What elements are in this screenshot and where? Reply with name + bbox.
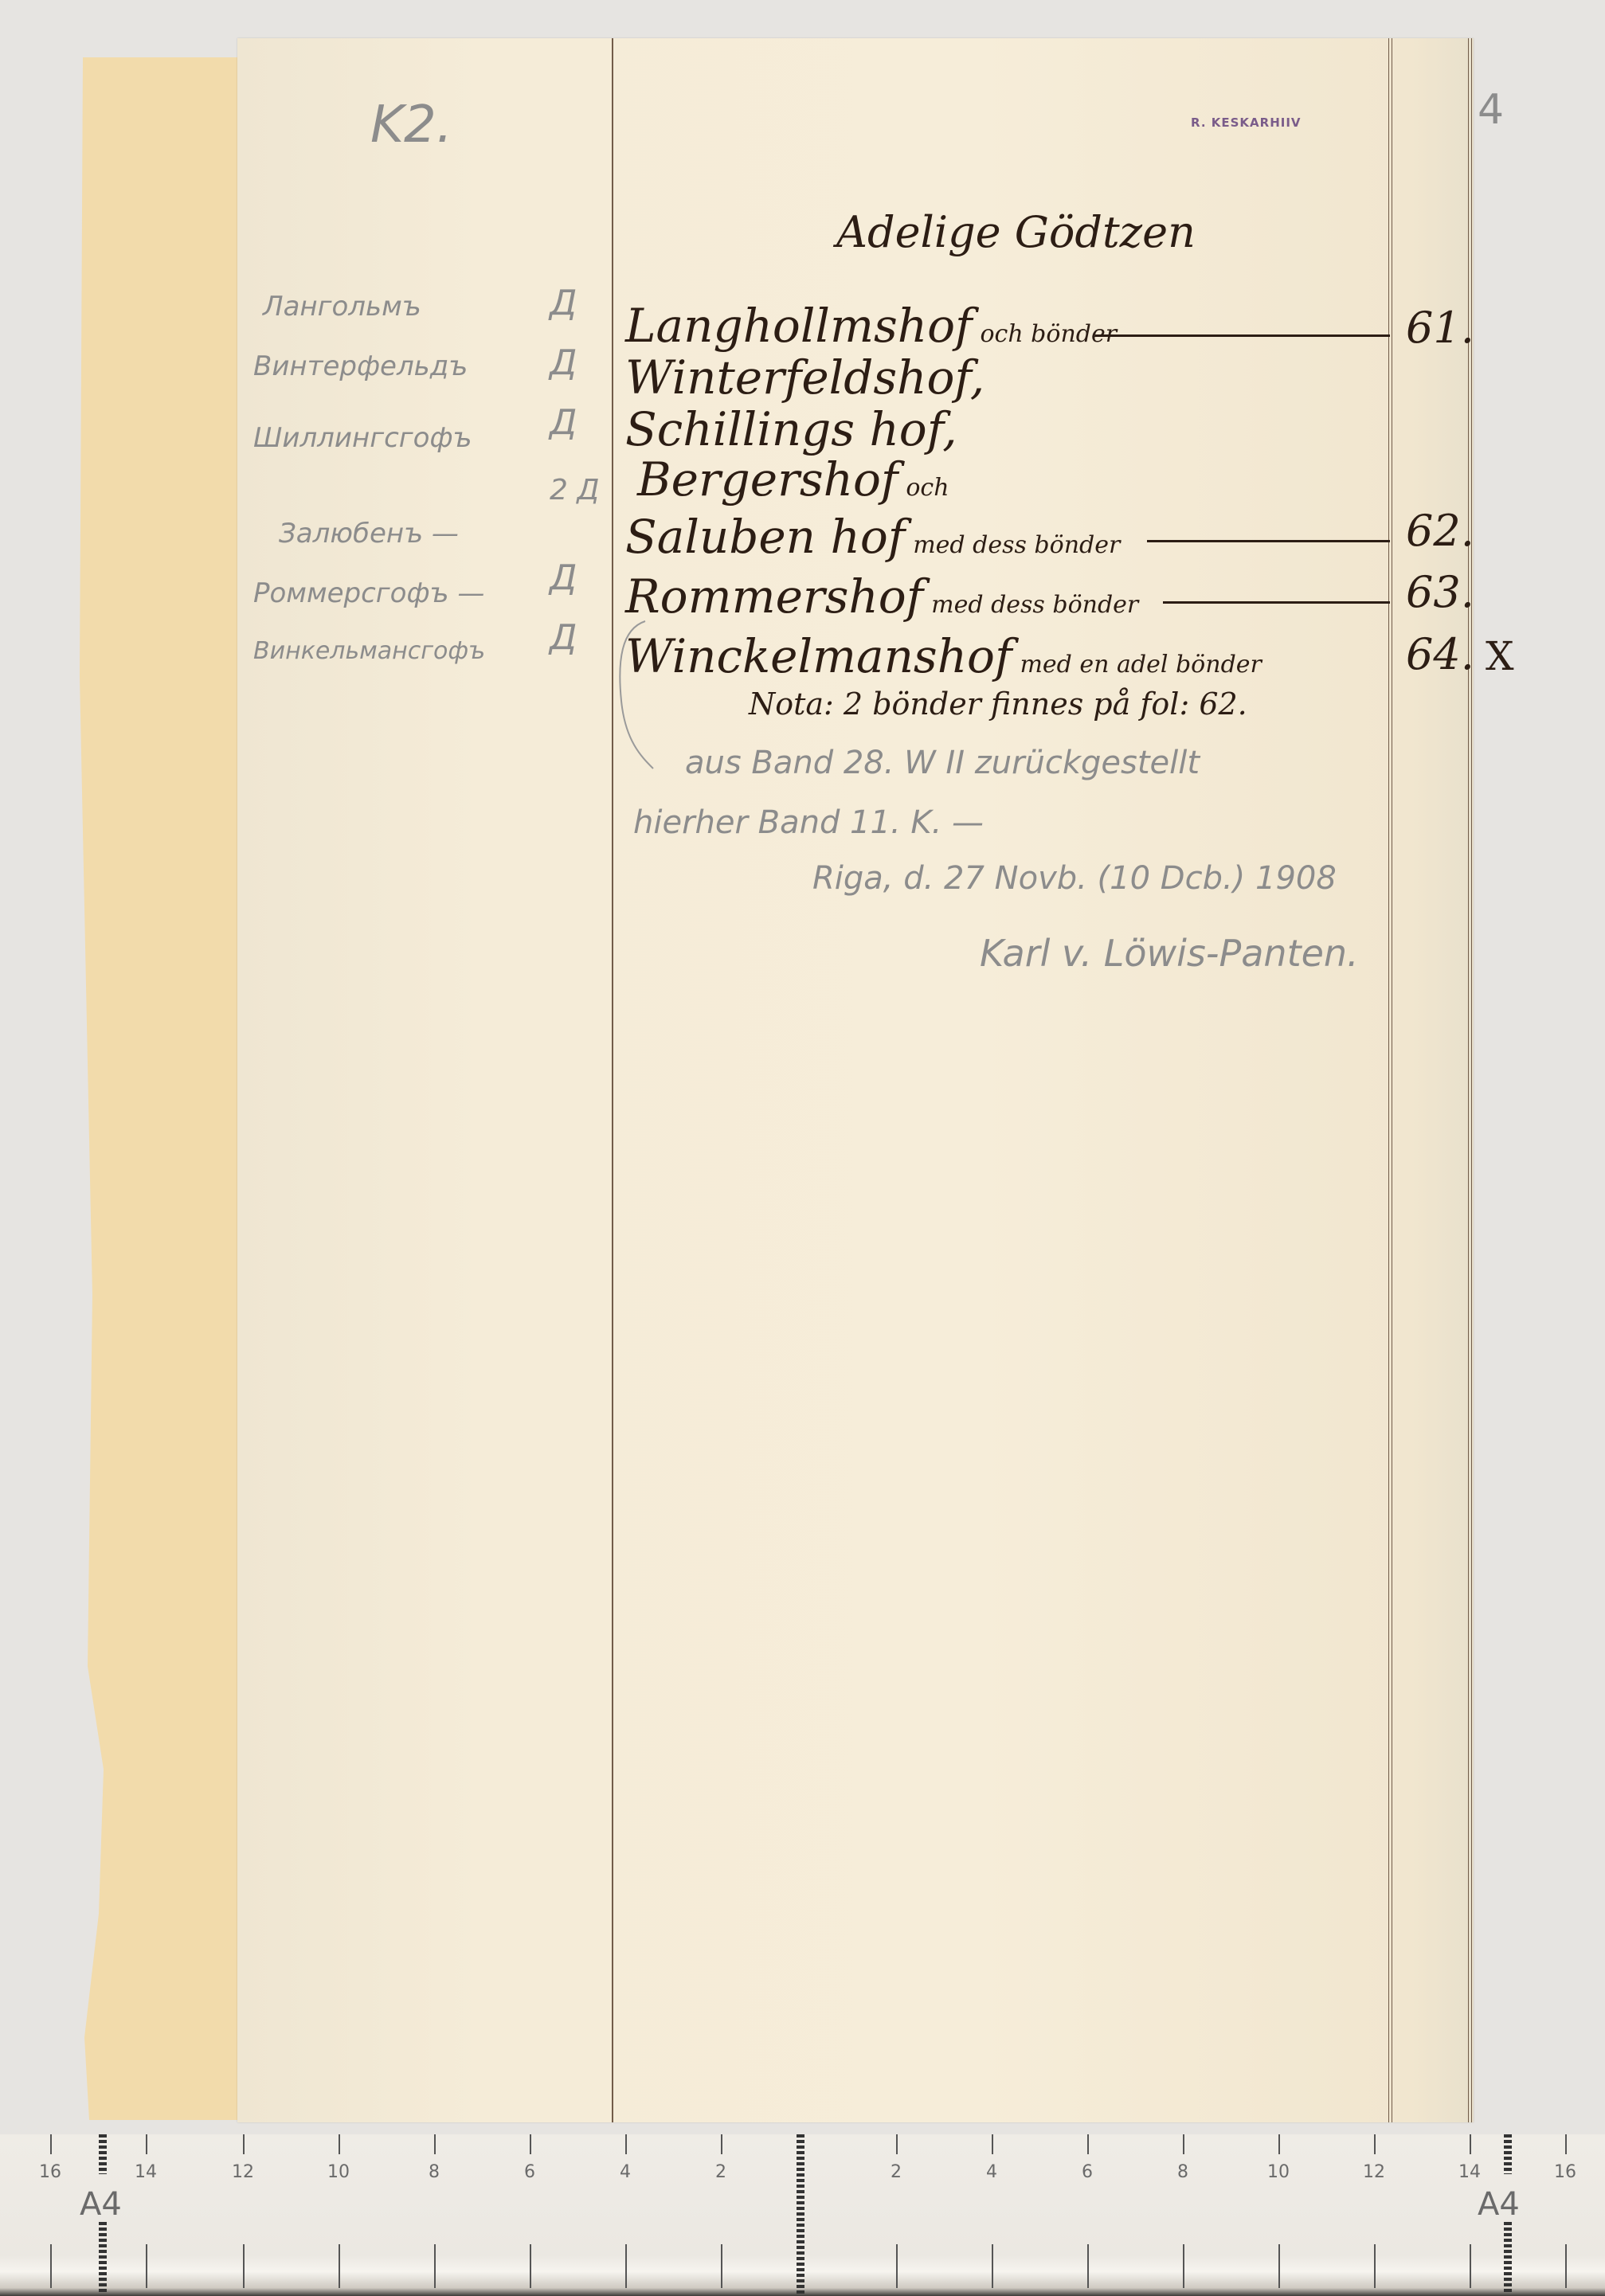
center-marker-bar: [797, 2134, 804, 2294]
entry-note: med dess bönder: [913, 531, 1120, 559]
russian-annotation: Винкельмансгофъ: [253, 637, 485, 665]
ruler-tick: [625, 2134, 627, 2154]
ruler-label: 14: [135, 2162, 157, 2182]
ruler-tick: [146, 2244, 147, 2288]
ruler-label: 12: [232, 2162, 254, 2182]
backing-strip: [80, 57, 239, 2120]
ruler-label: 14: [1458, 2162, 1481, 2182]
folio-number: 62.: [1406, 506, 1474, 556]
entry-row: Winckelmanshofmed en adel bönder: [625, 629, 1262, 683]
page-heading: Adelige Gödtzen: [836, 207, 1196, 257]
russian-annotation: Лангольмъ: [263, 291, 421, 323]
ruler-tick: [530, 2244, 531, 2288]
a4-marker-bar: [1504, 2222, 1512, 2294]
ruler-tick: [434, 2134, 436, 2154]
ruler-label: 10: [327, 2162, 350, 2182]
a4-marker-bar: [99, 2134, 107, 2174]
pencil-note: Riga, d. 27 Novb. (10 Dcb.) 1908: [812, 860, 1337, 897]
entry-note: och: [906, 474, 949, 502]
entry-name: Schillings hof,: [625, 402, 957, 456]
leader-line: [1095, 334, 1390, 337]
ruler-label: 8: [1177, 2162, 1188, 2182]
ruler-tick: [1183, 2134, 1184, 2154]
entry-name: Bergershof: [637, 452, 898, 507]
pencil-mark: Д: [550, 557, 577, 598]
russian-annotation: Роммерсгофъ —: [253, 577, 484, 609]
ruler-tick: [1565, 2244, 1567, 2288]
russian-annotation: Винтерфельдъ: [253, 350, 468, 382]
ruler-tick: [1470, 2134, 1471, 2154]
entry-name: Langhollmshof: [625, 299, 972, 353]
ruler-tick: [146, 2134, 147, 2154]
entry-row: Rommershofmed dess bönder: [625, 569, 1138, 624]
ruler-tick: [1087, 2134, 1089, 2154]
a4-marker-bar: [1504, 2134, 1512, 2174]
ruler-label: 16: [1554, 2162, 1576, 2182]
ruler-tick: [339, 2134, 340, 2154]
ruler-tick: [434, 2244, 436, 2288]
ruler-label: 6: [1082, 2162, 1093, 2182]
ruler-label: 12: [1363, 2162, 1385, 2182]
ruler-tick: [339, 2244, 340, 2288]
signature: Karl v. Löwis-Panten.: [980, 932, 1359, 975]
ruler-tick: [50, 2244, 52, 2288]
a4-label-right: A4: [1478, 2186, 1520, 2223]
pencil-mark: 2 Д: [550, 474, 599, 507]
pencil-note: aus Band 28. W II zurückgestellt: [685, 745, 1200, 781]
leader-line: [1147, 540, 1390, 542]
pencil-mark: Д: [550, 617, 577, 658]
pencil-mark: Д: [550, 342, 577, 383]
ruler-label: 10: [1267, 2162, 1290, 2182]
folio-number: 61.: [1406, 303, 1474, 353]
nota-line: Nota: 2 bönder finnes på fol: 62.: [749, 686, 1247, 722]
ruler-tick: [896, 2244, 898, 2288]
russian-annotation: Шиллингсгофъ: [253, 422, 472, 454]
ruler-label: 16: [39, 2162, 61, 2182]
ruler-tick: [625, 2244, 627, 2288]
ruler-label: 2: [891, 2162, 902, 2182]
corner-mark: K2.: [370, 96, 452, 155]
ruler-tick: [992, 2244, 993, 2288]
pencil-bracket: [613, 613, 661, 773]
ruler-label: 4: [620, 2162, 631, 2182]
ruler-tick: [243, 2134, 245, 2154]
entry-name: Saluben hof: [625, 510, 905, 564]
ruler-tick: [50, 2134, 52, 2154]
entry-name: Winckelmanshof: [625, 629, 1012, 683]
folio-number: 64.: [1406, 629, 1474, 679]
entry-name: Winterfeldshof,: [625, 350, 985, 405]
ruler-label: 4: [986, 2162, 997, 2182]
ruler-label: 8: [429, 2162, 440, 2182]
column-rule-folio-left-2: [1392, 38, 1392, 2122]
check-mark: X: [1486, 633, 1514, 679]
leader-line: [1163, 601, 1390, 604]
entry-row: Langhollmshofoch bönder: [625, 299, 1117, 353]
entry-note: med dess bönder: [931, 591, 1138, 619]
ruler-tick: [1374, 2244, 1376, 2288]
pencil-note: hierher Band 11. K. —: [633, 804, 984, 841]
ruler-tick: [992, 2134, 993, 2154]
entry-name: Rommershof: [625, 569, 923, 624]
ruler-tick: [1374, 2134, 1376, 2154]
ruler-tick: [1087, 2244, 1089, 2288]
pencil-mark: Д: [550, 283, 577, 323]
ruler-tick: [1470, 2244, 1471, 2288]
pencil-mark: Д: [550, 402, 577, 443]
ruler-tick: [1278, 2244, 1280, 2288]
ruler-tick: [1278, 2134, 1280, 2154]
a4-label-left: A4: [80, 2186, 122, 2223]
ruler-tick: [1183, 2244, 1184, 2288]
entry-row: Bergershofoch: [637, 452, 949, 507]
archive-stamp: R. KESKARHIIV: [1191, 115, 1302, 130]
entry-row: Saluben hofmed dess bönder: [625, 510, 1120, 564]
ruler-tick: [243, 2244, 245, 2288]
page-number: 4: [1478, 86, 1504, 134]
entry-note: med en adel bönder: [1020, 651, 1261, 679]
entry-row: Winterfeldshof,: [625, 350, 985, 405]
ruler-tick: [896, 2134, 898, 2154]
ruler-label: 2: [715, 2162, 726, 2182]
a4-marker-bar: [99, 2222, 107, 2294]
ruler-label: 6: [524, 2162, 535, 2182]
ruler-tick: [721, 2244, 722, 2288]
ruler-tick: [530, 2134, 531, 2154]
column-rule-left: [612, 38, 613, 2122]
russian-annotation: Залюбенъ —: [279, 518, 459, 550]
ruler-tick: [721, 2134, 722, 2154]
ruler-tick: [1565, 2134, 1567, 2154]
entry-row: Schillings hof,: [625, 402, 957, 456]
folio-number: 63.: [1406, 567, 1474, 617]
column-rule-folio-left: [1388, 38, 1389, 2122]
